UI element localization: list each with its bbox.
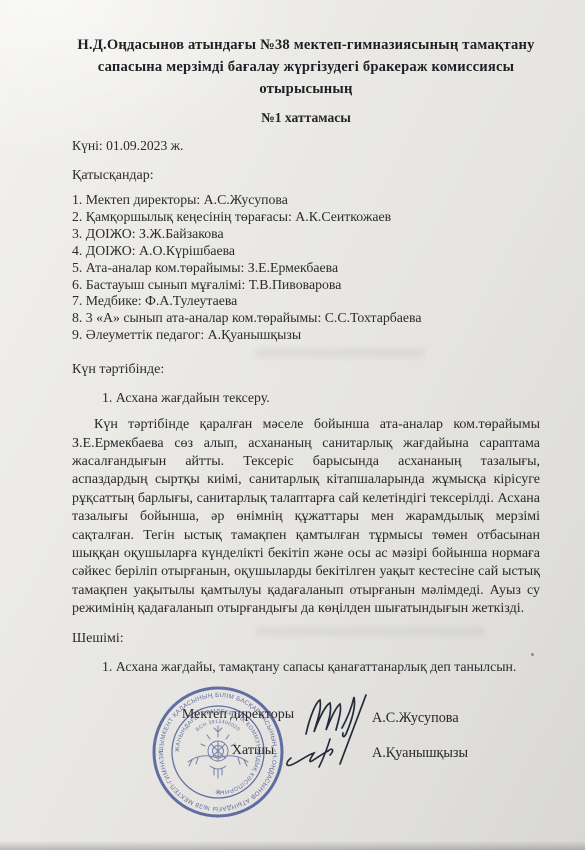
title-line: отырысының: [72, 78, 540, 100]
date-line: Күні: 01.09.2023 ж.: [72, 138, 540, 154]
scan-edge-shadow: [0, 841, 585, 850]
participant-item: 3. ДОІЖО: З.Ж.Байзакова: [72, 226, 540, 243]
participant-item: 6. Бастауыш сынып мұғалімі: Т.В.Пивоваро…: [72, 277, 540, 294]
minutes-paragraph: Күн тәртібінде қаралған мәселе бойынша а…: [72, 416, 540, 618]
document-title: Н.Д.Оңдасынов атындағы №38 мектеп-гимназ…: [72, 0, 540, 100]
agenda-item: 1. Асхана жағдайын тексеру.: [72, 390, 540, 406]
signature-name-secretary: А.Қуанышқызы: [372, 745, 468, 762]
signature-role-director: Мектеп директоры: [158, 707, 318, 723]
protocol-number: №1 хаттамасы: [72, 110, 540, 126]
decision-item: 1. Асхана жағдайы, тамақтану сапасы қана…: [72, 659, 540, 675]
participant-item: 5. Ата-аналар ком.төрайымы: З.Е.Ермекбае…: [72, 260, 540, 277]
title-line: Н.Д.Оңдасынов атындағы №38 мектеп-гимназ…: [72, 34, 540, 56]
title-line: сапасына мерзімді бағалау жүргізудегі бр…: [72, 56, 540, 78]
participant-item: 2. Қамқоршылық кеңесінің төрағасы: А.К.С…: [72, 209, 540, 226]
participant-item: 4. ДОІЖО: А.О.Күрішбаева: [72, 243, 540, 260]
participants-heading: Қатысқандар:: [72, 168, 540, 184]
secretary-handwritten-signature: [283, 736, 345, 770]
scanned-protocol-page: Н.Д.Оңдасынов атындағы №38 мектеп-гимназ…: [0, 0, 585, 850]
stamp-star-icon: ✳: [215, 788, 222, 797]
agenda-heading: Күн тәртібінде:: [72, 362, 540, 378]
signature-name-director: А.С.Жусупова: [372, 710, 459, 727]
participant-item: 1. Мектеп директоры: А.С.Жусупова: [72, 192, 540, 209]
decision-heading: Шешімі:: [72, 631, 540, 647]
participant-item: 7. Медбике: Ф.А.Тулеутаева: [72, 293, 540, 310]
participant-item: 9. Әлеуметтік педагог: А.Қуанышқызы: [72, 327, 540, 344]
participants-list: 1. Мектеп директоры: А.С.Жусупова 2. Қам…: [72, 192, 540, 344]
document-body: Н.Д.Оңдасынов атындағы №38 мектеп-гимназ…: [72, 0, 540, 675]
participant-item: 8. 3 «А» сынып ата-аналар ком.төрайымы: …: [72, 310, 540, 327]
